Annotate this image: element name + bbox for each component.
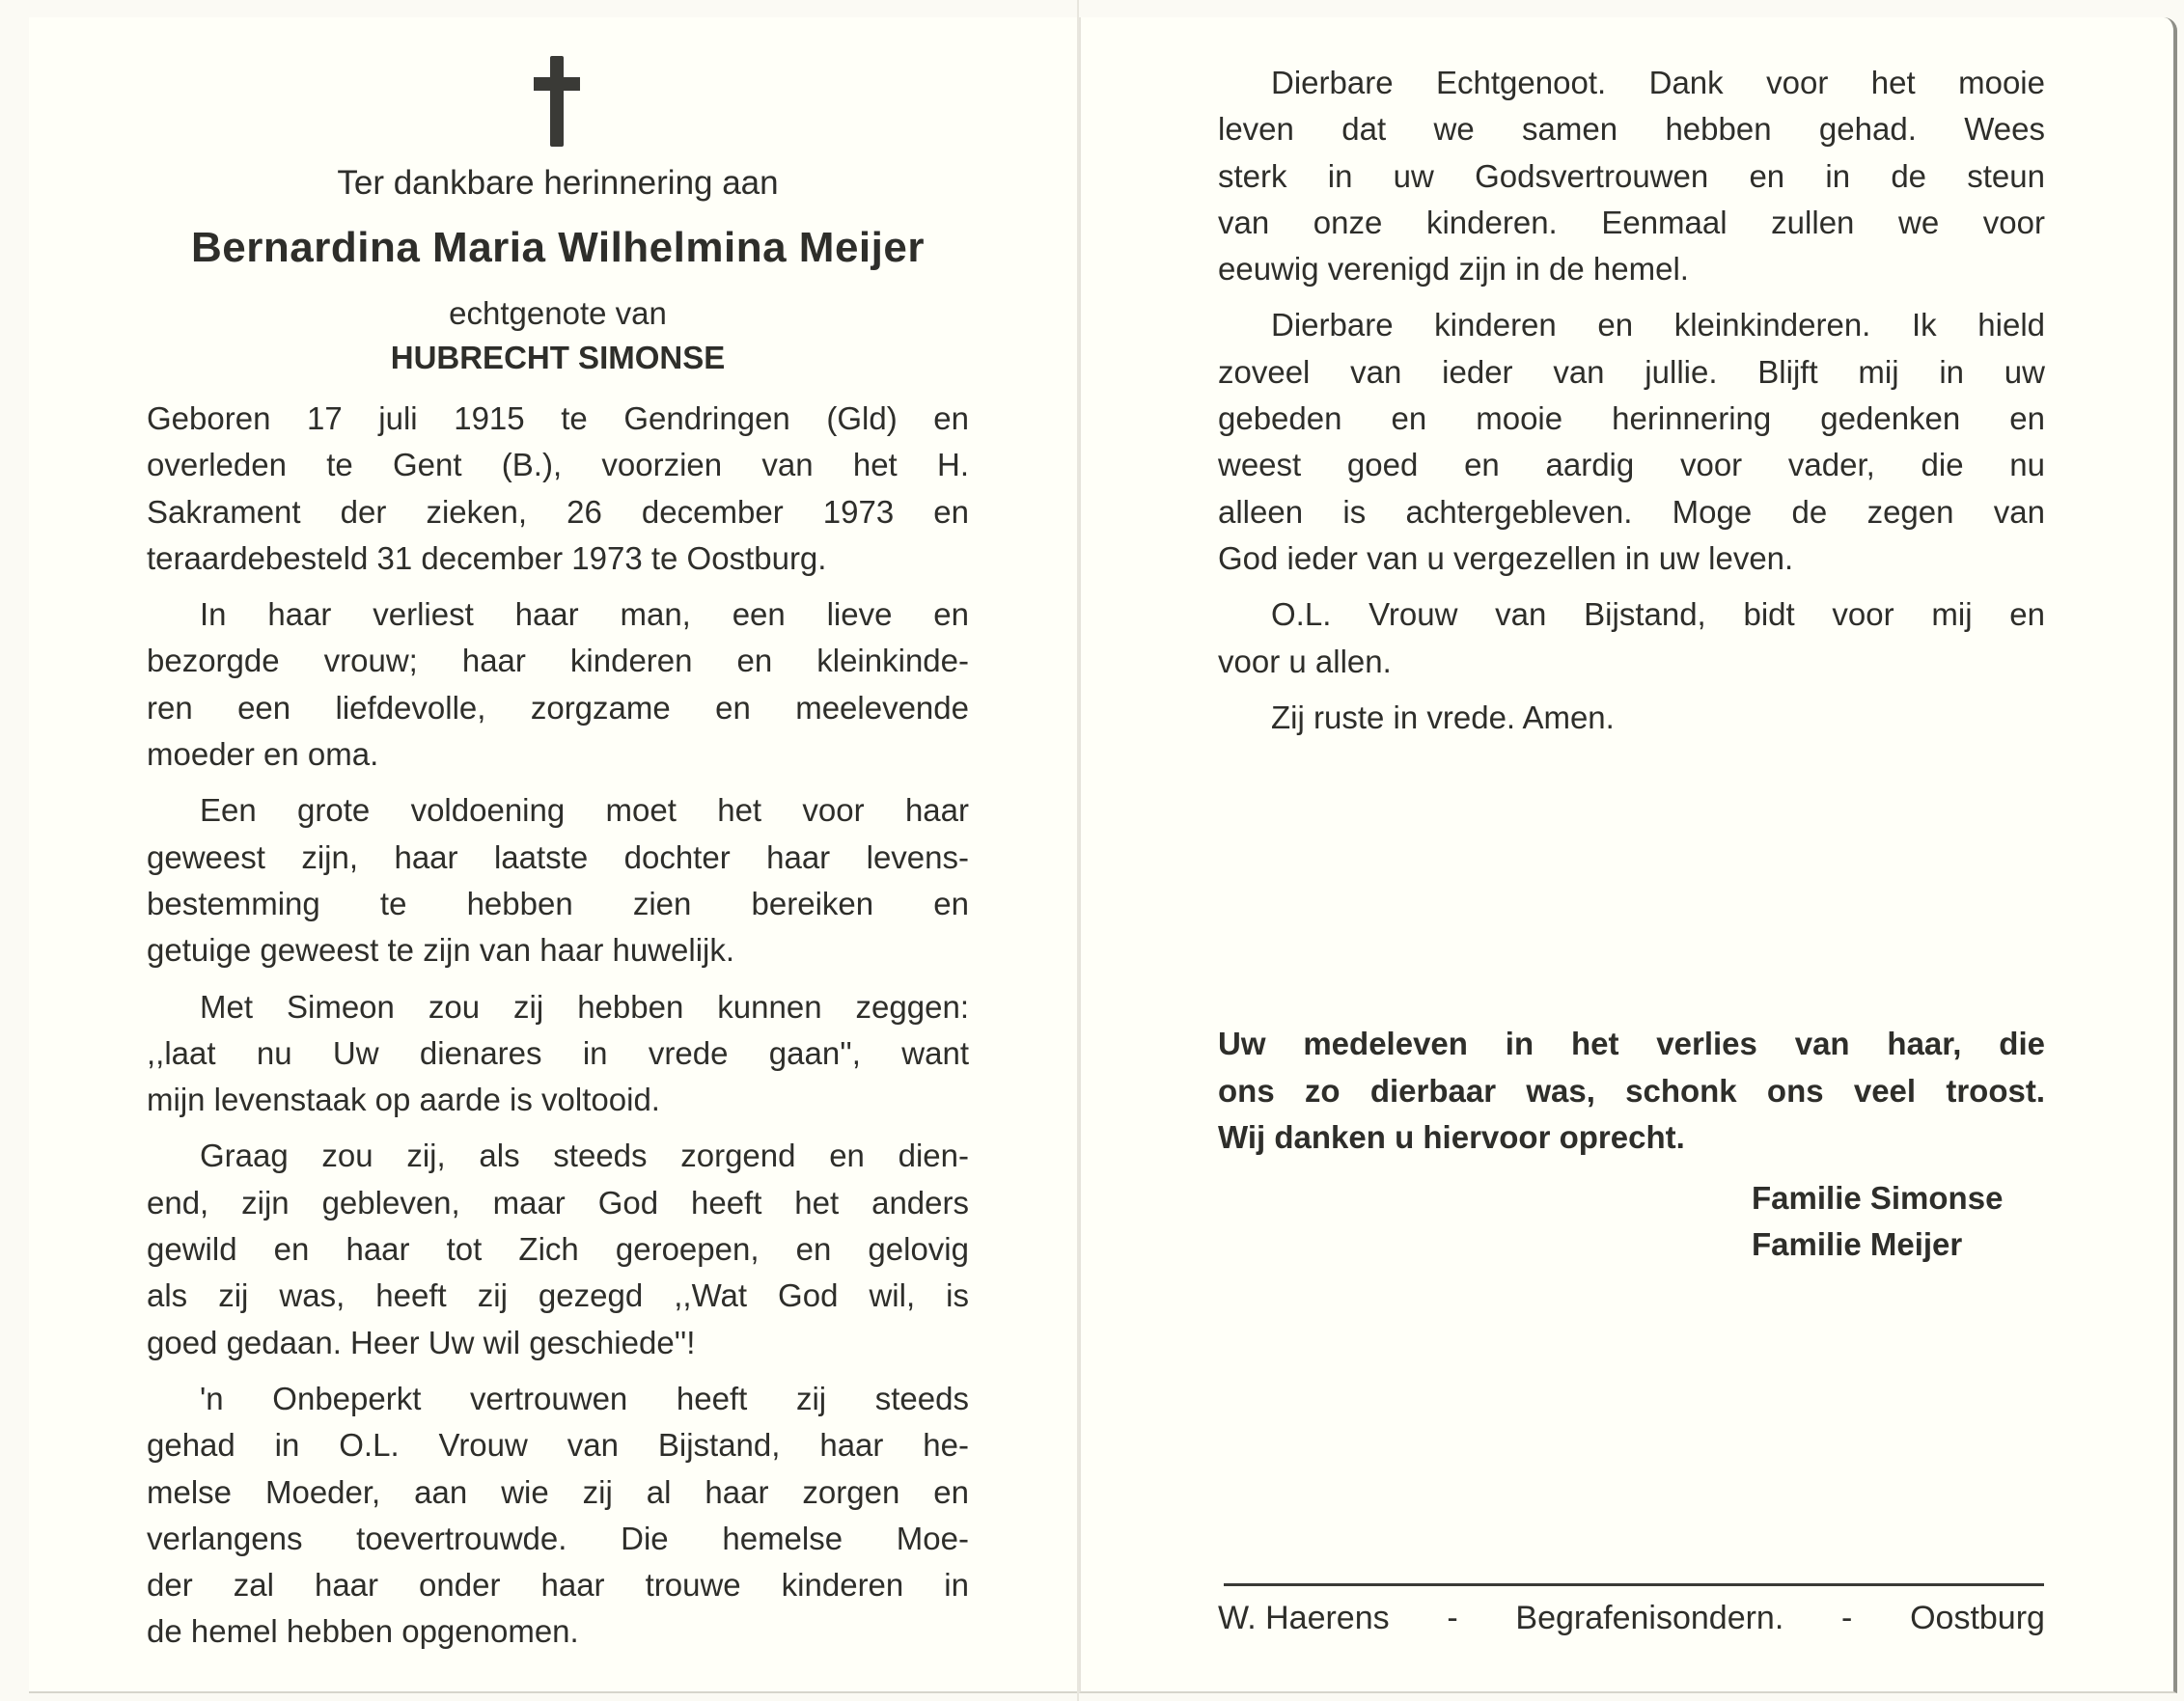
footer-separator: - [1447, 1600, 1457, 1637]
undertaker-name: W. Haerens [1218, 1600, 1390, 1637]
family-meijer: Familie Meijer [1752, 1221, 2003, 1268]
text-line: als zij was, heeft zij gezegd ,,Wat God … [147, 1273, 969, 1319]
text-line: weest goed en aardig voor vader, die nu [1218, 442, 2045, 488]
text-line: alleen is achtergebleven. Moge de zegen … [1218, 489, 2045, 535]
text-line: gehad in O.L. Vrouw van Bijstand, haar h… [147, 1422, 969, 1468]
text-line: Met Simeon zou zij hebben kunnen zeggen: [147, 984, 969, 1030]
text-line: getuige geweest te zijn van haar huwelij… [147, 927, 969, 974]
paragraph: O.L. Vrouw van Bijstand, bidt voor mij e… [1218, 591, 2045, 685]
text-line: Zij ruste in vrede. Amen. [1218, 695, 2045, 741]
text-line: de hemel hebben opgenomen. [147, 1608, 969, 1655]
text-line: gewild en haar tot Zich geroepen, en gel… [147, 1226, 969, 1273]
paragraph: Met Simeon zou zij hebben kunnen zeggen:… [147, 984, 969, 1124]
text-line: geweest zijn, haar laatste dochter haar … [147, 835, 969, 881]
text-line: teraardebesteld 31 december 1973 te Oost… [147, 535, 969, 582]
text-line: zoveel van ieder van jullie. Blijft mij … [1218, 349, 2045, 396]
card-fold [1077, 0, 1079, 1701]
thanks-line: Uw medeleven in het verlies van haar, di… [1218, 1021, 2045, 1068]
text-line: gebeden en mooie herinnering gedenken en [1218, 396, 2045, 442]
paragraph: Dierbare Echtgenoot. Dank voor het mooie… [1218, 60, 2045, 292]
family-simonse: Familie Simonse [1752, 1175, 2003, 1221]
family-signatures: Familie Simonse Familie Meijer [1752, 1175, 2003, 1268]
text-line: Geboren 17 juli 1915 te Gendringen (Gld)… [147, 396, 969, 442]
thanks-line: ons zo dierbaar was, schonk ons veel tro… [1218, 1068, 2045, 1115]
text-line: Een grote voldoening moet het voor haar [147, 787, 969, 834]
text-line: voor u allen. [1218, 639, 2045, 685]
text-line: goed gedaan. Heer Uw wil geschiede''! [147, 1320, 969, 1366]
text-line: 'n Onbeperkt vertrouwen heeft zij steeds [147, 1376, 969, 1422]
text-line: mijn levenstaak op aarde is voltooid. [147, 1077, 969, 1123]
text-line: Dierbare Echtgenoot. Dank voor het mooie [1218, 60, 2045, 106]
paragraph: In haar verliest haar man, een lieve enb… [147, 591, 969, 778]
spouse-name: HUBRECHT SIMONSE [147, 340, 969, 376]
text-line: sterk in uw Godsvertrouwen en in de steu… [1218, 153, 2045, 200]
text-line: leven dat we samen hebben gehad. Wees [1218, 106, 2045, 152]
text-line: bestemming te hebben zien bereiken en [147, 881, 969, 927]
text-line: der zal haar onder haar trouwe kinderen … [147, 1562, 969, 1608]
right-body-text: Dierbare Echtgenoot. Dank voor het mooie… [1218, 60, 2045, 751]
text-line: moeder en oma. [147, 731, 969, 778]
text-line: Dierbare kinderen en kleinkinderen. Ik h… [1218, 302, 2045, 348]
text-line: In haar verliest haar man, een lieve en [147, 591, 969, 638]
undertaker-place: Oostburg [1910, 1600, 2045, 1637]
left-body-text: Geboren 17 juli 1915 te Gendringen (Gld)… [147, 396, 969, 1665]
text-line: Sakrament der zieken, 26 december 1973 e… [147, 489, 969, 535]
footer-separator: - [1841, 1600, 1852, 1637]
text-line: ,,laat nu Uw dienares in vrede gaan'', w… [147, 1030, 969, 1077]
paragraph: 'n Onbeperkt vertrouwen heeft zij steeds… [147, 1376, 969, 1656]
text-line: melse Moeder, aan wie zij al haar zorgen… [147, 1469, 969, 1516]
paragraph: Een grote voldoening moet het voor haarg… [147, 787, 969, 974]
text-line: O.L. Vrouw van Bijstand, bidt voor mij e… [1218, 591, 2045, 638]
undertaker-role: Begrafenisondern. [1515, 1600, 1783, 1637]
thanks-line: Wij danken u hiervoor oprecht. [1218, 1114, 2045, 1162]
text-line: verlangens toevertrouwde. Die hemelse Mo… [147, 1516, 969, 1562]
intro-text: Ter dankbare herinnering aan [147, 164, 969, 203]
text-line: God ieder van u vergezellen in uw leven. [1218, 535, 2045, 582]
text-line: ren een liefdevolle, zorgzame en meeleve… [147, 685, 969, 731]
text-line: end, zijn gebleven, maar God heeft het a… [147, 1180, 969, 1226]
latin-cross-icon [534, 56, 580, 147]
text-line: eeuwig verenigd zijn in de hemel. [1218, 246, 2045, 292]
thanks-message: Uw medeleven in het verlies van haar, di… [1218, 1021, 2045, 1162]
paragraph: Graag zou zij, als steeds zorgend en die… [147, 1133, 969, 1365]
undertaker-footer: W. Haerens - Begrafenisondern. - Oostbur… [1218, 1600, 2045, 1637]
deceased-name: Bernardina Maria Wilhelmina Meijer [147, 224, 969, 272]
paragraph: Zij ruste in vrede. Amen. [1218, 695, 2045, 741]
text-line: Graag zou zij, als steeds zorgend en die… [147, 1133, 969, 1179]
text-line: bezorgde vrouw; haar kinderen en kleinki… [147, 638, 969, 684]
text-line: van onze kinderen. Eenmaal zullen we voo… [1218, 200, 2045, 246]
paragraph: Geboren 17 juli 1915 te Gendringen (Gld)… [147, 396, 969, 582]
footer-divider [1224, 1583, 2044, 1586]
spouse-label: echtgenote van [147, 295, 969, 332]
text-line: overleden te Gent (B.), voorzien van het… [147, 442, 969, 488]
paragraph: Dierbare kinderen en kleinkinderen. Ik h… [1218, 302, 2045, 582]
